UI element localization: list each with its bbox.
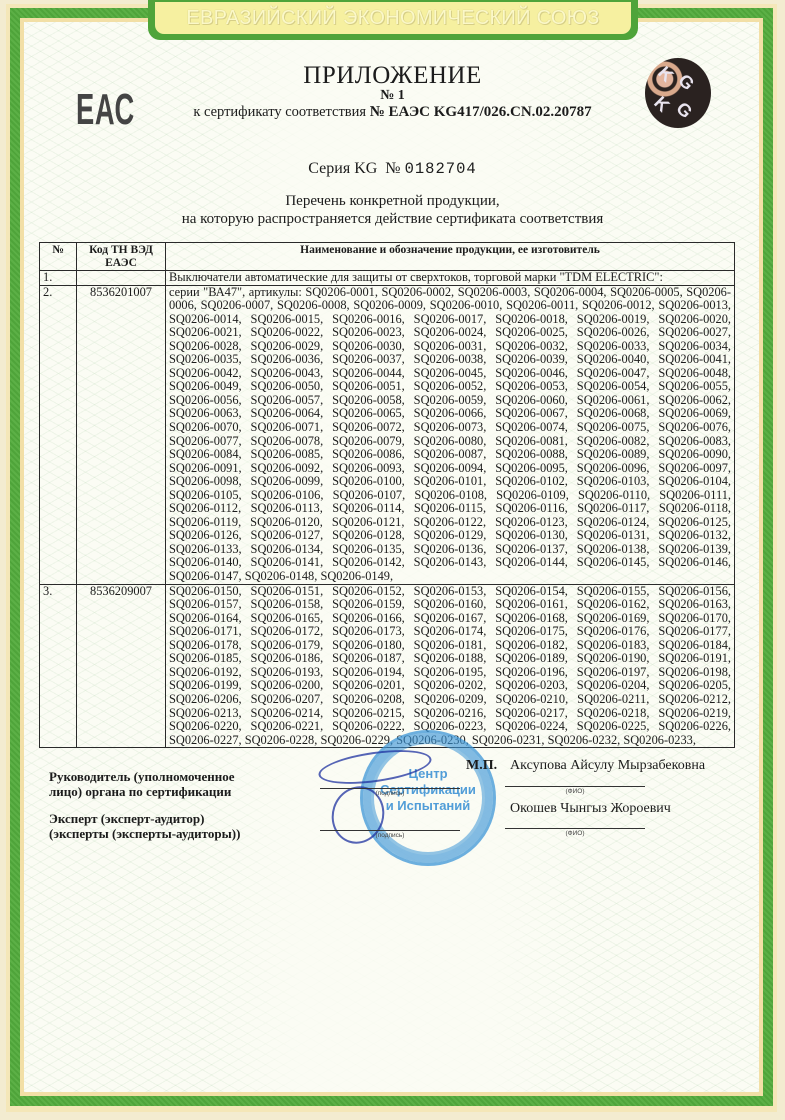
head-name-line xyxy=(505,786,645,787)
row-name: Выключатели автоматические для защиты от… xyxy=(166,271,735,286)
head-name: Аксупова Айсулу Мырзабековна xyxy=(510,758,705,774)
row-name: SQ0206-0150, SQ0206-0151, SQ0206-0152, S… xyxy=(166,584,735,748)
expert-label-line2: (эксперты (эксперты-аудиторы)) xyxy=(49,826,240,841)
expert-signature-line xyxy=(320,830,460,831)
expert-label-line1: Эксперт (эксперт-аудитор) xyxy=(49,811,240,826)
list-subtitle-line1: Перечень конкретной продукции, xyxy=(0,193,785,210)
series-label: Серия KG xyxy=(308,160,377,177)
table-header-row: № Код ТН ВЭД ЕАЭС Наименование и обознач… xyxy=(40,243,735,271)
row-number: 2. xyxy=(40,285,77,584)
header-number: № xyxy=(40,243,77,271)
expert-name: Окошев Чынгыз Жороевич xyxy=(510,801,671,817)
products-table: № Код ТН ВЭД ЕАЭС Наименование и обознач… xyxy=(39,242,735,748)
seal-mark: М.П. xyxy=(466,758,497,774)
series-number-sign: № xyxy=(385,160,400,177)
header-name: Наименование и обозначение продукции, ее… xyxy=(166,243,735,271)
header-code: Код ТН ВЭД ЕАЭС xyxy=(77,243,166,271)
row-code xyxy=(77,271,166,286)
head-of-body-label: Руководитель (уполномоченное лицо) орган… xyxy=(49,769,235,799)
head-fio-caption: (ФИО) xyxy=(555,788,595,795)
table-row: 3. 8536209007 SQ0206-0150, SQ0206-0151, … xyxy=(40,584,735,748)
list-subtitle-line2: на которую распространяется действие сер… xyxy=(0,211,785,228)
expert-fio-caption: (ФИО) xyxy=(555,830,595,837)
head-label-line2: лицо) органа по сертификации xyxy=(49,784,235,799)
row-code: 8536209007 xyxy=(77,584,166,748)
union-banner: ЕВРАЗИЙСКИЙ ЭКОНОМИЧЕСКИЙ СОЮЗ xyxy=(155,2,631,34)
row-name: серии "ВА47", артикулы: SQ0206-0001, SQ0… xyxy=(166,285,735,584)
head-signature-caption: (подпись) xyxy=(370,790,410,797)
certificate-reference-prefix: к сертификату соответствия xyxy=(193,104,366,120)
head-label-line1: Руководитель (уполномоченное xyxy=(49,769,235,784)
expert-signature-caption: (подпись) xyxy=(370,832,410,839)
table-row: 2. 8536201007 серии "ВА47", артикулы: SQ… xyxy=(40,285,735,584)
certificate-reference: к сертификату соответствия № ЕАЭС KG417/… xyxy=(0,104,785,121)
appendix-number: № 1 xyxy=(0,88,785,104)
row-number: 3. xyxy=(40,584,77,748)
appendix-title: ПРИЛОЖЕНИЕ xyxy=(0,62,785,90)
row-number: 1. xyxy=(40,271,77,286)
expert-name-line xyxy=(505,828,645,829)
row-code: 8536201007 xyxy=(77,285,166,584)
table-row: 1. Выключатели автоматические для защиты… xyxy=(40,271,735,286)
head-signature-line xyxy=(320,788,460,789)
expert-label: Эксперт (эксперт-аудитор) (эксперты (экс… xyxy=(49,811,240,841)
series-line: Серия KG № 0182704 xyxy=(0,160,785,178)
union-banner-text: ЕВРАЗИЙСКИЙ ЭКОНОМИЧЕСКИЙ СОЮЗ xyxy=(186,7,599,30)
series-number: 0182704 xyxy=(405,160,477,178)
certificate-number: № ЕАЭС KG417/026.CN.02.20787 xyxy=(370,104,592,120)
